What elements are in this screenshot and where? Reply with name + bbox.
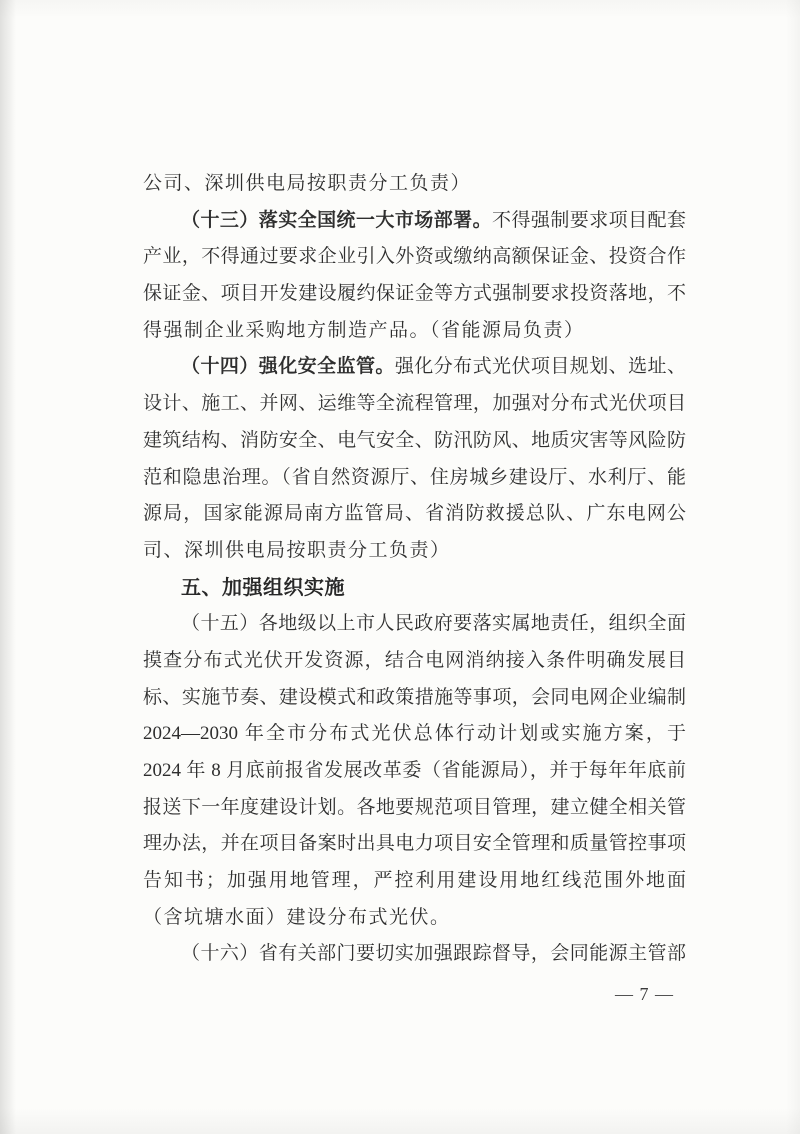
text-line: （十三）落实全国统一大市场部署。不得强制要求项目配套 (143, 203, 686, 240)
body-text: 范和隐患治理。（省自然资源厅、住房城乡建设厅、水利厅、能 (143, 467, 686, 488)
body-text: 源局，国家能源局南方监管局、省消防救援总队、广东电网公 (143, 503, 686, 524)
body-text: 产业，不得通过要求企业引入外资或缴纳高额保证金、投资合作 (143, 246, 686, 267)
body-text: 司、深圳供电局按职责分工负责） (143, 540, 451, 561)
body-text: 强化分布式光伏项目规划、选址、 (395, 356, 686, 377)
page-number: — 7 — (143, 976, 686, 1013)
text-line: 建筑结构、消防安全、电气安全、防汛防风、地质灾害等风险防 (143, 423, 686, 460)
text-line: 范和隐患治理。（省自然资源厅、住房城乡建设厅、水利厅、能 (143, 460, 686, 497)
body-text: （十五）各地级以上市人民政府要落实属地责任，组织全面 (181, 613, 686, 634)
text-line: 司、深圳供电局按职责分工负责） (143, 533, 686, 570)
text-line: 告知书；加强用地管理，严控利用建设用地红线范围外地面 (143, 863, 686, 900)
body-text: 理办法，并在项目备案时出具电力项目安全管理和质量管控事项 (143, 833, 686, 854)
text-line: 理办法，并在项目备案时出具电力项目安全管理和质量管控事项 (143, 826, 686, 863)
text-line: 报送下一年度建设计划。各地要规范项目管理，建立健全相关管 (143, 790, 686, 827)
text-line: 设计、施工、并网、运维等全流程管理，加强对分布式光伏项目 (143, 386, 686, 423)
body-text: 保证金、项目开发建设履约保证金等方式强制要求投资落地，不 (143, 283, 686, 304)
text-line: （十四）强化安全监管。强化分布式光伏项目规划、选址、 (143, 349, 686, 386)
body-text: 建筑结构、消防安全、电气安全、防汛防风、地质灾害等风险防 (143, 430, 686, 451)
text-line: 标、实施节奏、建设模式和政策措施等事项，会同电网企业编制 (143, 680, 686, 717)
body-text: 得强制企业采购地方制造产品。（省能源局负责） (143, 320, 585, 341)
text-line: 得强制企业采购地方制造产品。（省能源局负责） (143, 313, 686, 350)
emphasis-text: （十四）强化安全监管。 (181, 356, 395, 377)
body-text: （含坑塘水面）建设分布式光伏。 (143, 907, 451, 928)
body-text: 报送下一年度建设计划。各地要规范项目管理，建立健全相关管 (143, 797, 686, 818)
emphasis-text: 五、加强组织实施 (181, 577, 345, 599)
text-line: 保证金、项目开发建设履约保证金等方式强制要求投资落地，不 (143, 276, 686, 313)
section-heading: 五、加强组织实施 (143, 570, 686, 607)
document-text-block: 公司、深圳供电局按职责分工负责）（十三）落实全国统一大市场部署。不得强制要求项目… (143, 166, 686, 1013)
body-text: 摸查分布式光伏开发资源，结合电网消纳接入条件明确发展目 (143, 650, 686, 671)
body-text: 设计、施工、并网、运维等全流程管理，加强对分布式光伏项目 (143, 393, 686, 414)
body-text: 不得强制要求项目配套 (492, 210, 686, 231)
body-text: 2024 年 8 月底前报省发展改革委（省能源局），并于每年年底前 (143, 760, 686, 781)
text-line: （十五）各地级以上市人民政府要落实属地责任，组织全面 (143, 606, 686, 643)
text-line: 公司、深圳供电局按职责分工负责） (143, 166, 686, 203)
text-line: 源局，国家能源局南方监管局、省消防救援总队、广东电网公 (143, 496, 686, 533)
text-line: 2024—2030 年全市分布式光伏总体行动计划或实施方案，于 (143, 716, 686, 753)
body-text: 标、实施节奏、建设模式和政策措施等事项，会同电网企业编制 (143, 687, 686, 708)
document-page: 公司、深圳供电局按职责分工负责）（十三）落实全国统一大市场部署。不得强制要求项目… (0, 0, 800, 1134)
emphasis-text: （十三）落实全国统一大市场部署。 (181, 210, 492, 231)
body-text: 2024—2030 年全市分布式光伏总体行动计划或实施方案，于 (143, 723, 686, 744)
text-line: （十六）省有关部门要切实加强跟踪督导，会同能源主管部 (143, 936, 686, 973)
body-text: 告知书；加强用地管理，严控利用建设用地红线范围外地面 (143, 870, 686, 891)
text-line: 产业，不得通过要求企业引入外资或缴纳高额保证金、投资合作 (143, 239, 686, 276)
text-line: 2024 年 8 月底前报省发展改革委（省能源局），并于每年年底前 (143, 753, 686, 790)
text-line: 摸查分布式光伏开发资源，结合电网消纳接入条件明确发展目 (143, 643, 686, 680)
text-line: （含坑塘水面）建设分布式光伏。 (143, 900, 686, 937)
body-text: （十六）省有关部门要切实加强跟踪督导，会同能源主管部 (181, 943, 686, 964)
body-text: 公司、深圳供电局按职责分工负责） (143, 173, 471, 194)
